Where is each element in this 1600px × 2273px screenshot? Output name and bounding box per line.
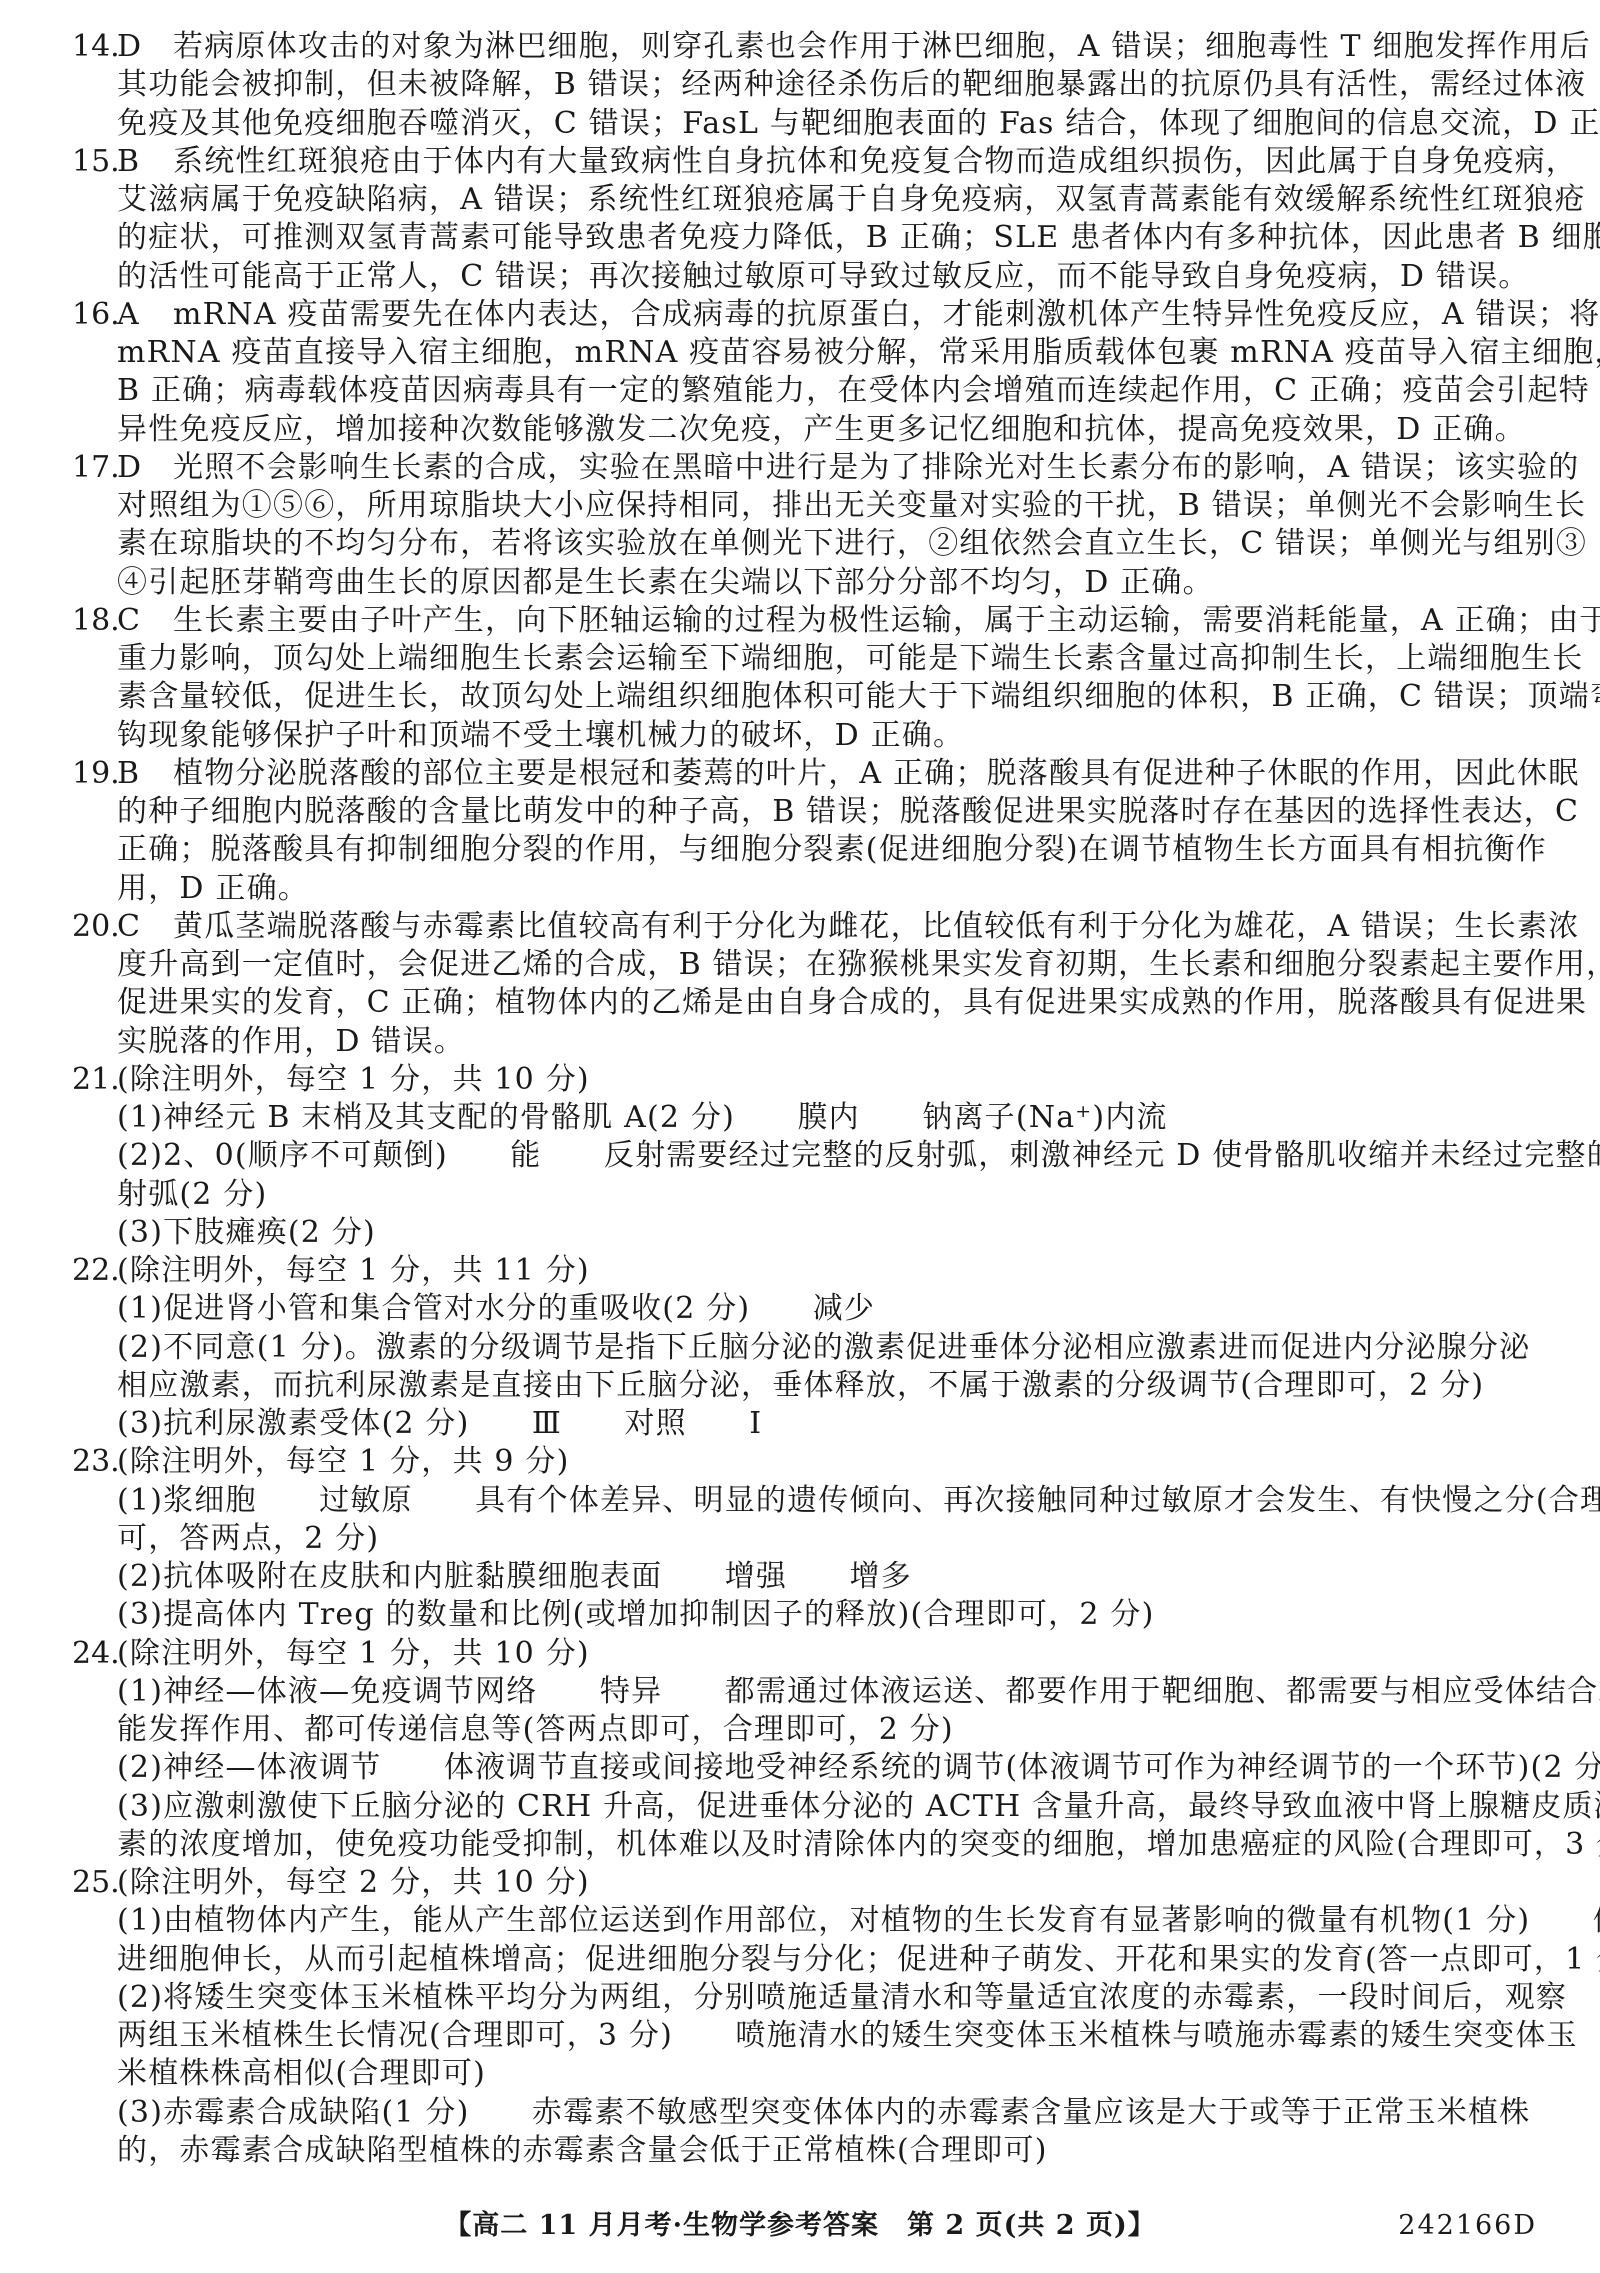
answer-line: 进细胞伸长，从而引起植株增高；促进细胞分裂与分化；促进种子萌发、开花和果实的发育… [72,1941,1577,1979]
answer-line: 对照组为①⑤⑥，所用琼脂块大小应保持相同，排出无关变量对实验的干扰，B 错误；单… [72,487,1577,525]
item-answer-letter: B [117,143,173,181]
answer-line: 度升高到一定值时，会促进乙烯的合成，B 错误；在猕猴桃果实发育初期，生长素和细胞… [72,946,1577,984]
answer-line: 重力影响，顶勾处上端细胞生长素会运输至下端细胞，可能是下端生长素含量过高抑制生长… [72,640,1577,678]
item-number: 18. [72,602,117,640]
answer-text: (3)抗利尿激素受体(2 分) Ⅲ 对照 Ⅰ [117,1406,762,1441]
answer-text: (1)由植物体内产生，能从产生部位运送到作用部位，对植物的生长发育有显著影响的微… [117,1903,1600,1938]
answer-text: (2)将矮生突变体玉米植株平均分为两组，分别喷施适量清水和等量适宜浓度的赤霉素，… [117,1980,1567,2015]
answer-text: (除注明外，每空 1 分，共 9 分) [117,1444,570,1479]
answer-text: 的症状，可推测双氢青蒿素可能导致患者免疫力降低，B 正确；SLE 患者体内有多种… [117,220,1600,255]
item-answer-letter: A [117,296,173,334]
answer-text: 系统性红斑狼疮由于体内有大量致病性自身抗体和免疫复合物而造成组织损伤，因此属于自… [173,144,1577,179]
answer-text: (3)下肢瘫痪(2 分) [117,1215,376,1250]
answer-line: (3)下肢瘫痪(2 分) [72,1214,1577,1252]
item-number: 25. [72,1864,117,1902]
answer-text: (除注明外，每空 1 分，共 10 分) [117,1636,590,1671]
answer-item-first-line: 21.(除注明外，每空 1 分，共 10 分) [72,1061,1577,1099]
document-page: { "colors": { "paper": "#ffffff", "ink":… [0,0,1600,2273]
answer-text: 的活性可能高于正常人，C 错误；再次接触过敏原可导致过敏反应，而不能导致自身免疫… [117,259,1529,294]
answer-line: (3)应激刺激使下丘脑分泌的 CRH 升高，促进垂体分泌的 ACTH 含量升高，… [72,1788,1577,1826]
answer-text: 度升高到一定值时，会促进乙烯的合成，B 错误；在猕猴桃果实发育初期，生长素和细胞… [117,947,1600,982]
answer-text: 进细胞伸长，从而引起植株增高；促进细胞分裂与分化；促进种子萌发、开花和果实的发育… [117,1942,1600,1977]
answer-line: (1)由植物体内产生，能从产生部位运送到作用部位，对植物的生长发育有显著影响的微… [72,1902,1577,1940]
answer-item-first-line: 20.C黄瓜茎端脱落酸与赤霉素比值较高有利于分化为雌花，比值较低有利于分化为雄花… [72,908,1577,946]
answer-item-first-line: 19.B植物分泌脱落酸的部位主要是根冠和萎蔫的叶片，A 正确；脱落酸具有促进种子… [72,755,1577,793]
item-number: 20. [72,908,117,946]
answer-line: (2)神经—体液调节 体液调节直接或间接地受神经系统的调节(体液调节可作为神经调… [72,1749,1577,1787]
item-answer-letter: C [117,908,173,946]
answer-line: 艾滋病属于免疫缺陷病，A 错误；系统性红斑狼疮属于自身免疫病，双氢青蒿素能有效缓… [72,181,1577,219]
item-number: 19. [72,755,117,793]
answer-text: (1)神经—体液—免疫调节网络 特异 都需通过体液运送、都要作用于靶细胞、都需要… [117,1674,1600,1709]
answer-line: (2)抗体吸附在皮肤和内脏黏膜细胞表面 增强 增多 [72,1558,1577,1596]
answer-text: 的种子细胞内脱落酸的含量比萌发中的种子高，B 错误；脱落酸促进果实脱落时存在基因… [117,794,1579,829]
answer-text: 其功能会被抑制，但未被降解，B 错误；经两种途径杀伤后的靶细胞暴露出的抗原仍具有… [117,67,1586,102]
answer-line: 免疫及其他免疫细胞吞噬消灭，C 错误；FasL 与靶细胞表面的 Fas 结合，体… [72,105,1577,143]
answer-line: 促进果实的发育，C 正确；植物体内的乙烯是由自身合成的，具有促进果实成熟的作用，… [72,984,1577,1022]
answer-line: ④引起胚芽鞘弯曲生长的原因都是生长素在尖端以下部分分部不均匀，D 正确。 [72,564,1577,602]
answers-list: 14.D若病原体攻击的对象为淋巴细胞，则穿孔素也会作用于淋巴细胞，A 错误；细胞… [72,28,1577,2170]
answer-text: 钩现象能够保护子叶和顶端不受土壤机械力的破坏，D 正确。 [117,718,964,753]
answer-text: 促进果实的发育，C 正确；植物体内的乙烯是由自身合成的，具有促进果实成熟的作用，… [117,985,1587,1020]
answer-text: 相应激素，而抗利尿激素是直接由下丘脑分泌，垂体释放，不属于激素的分级调节(合理即… [117,1368,1484,1403]
answer-line: mRNA 疫苗直接导入宿主细胞，mRNA 疫苗容易被分解，常采用脂质载体包裹 m… [72,334,1577,372]
answer-text: (3)赤霉素合成缺陷(1 分) 赤霉素不敏感型突变体体内的赤霉素含量应该是大于或… [117,2095,1530,2130]
answer-line: 素在琼脂块的不均匀分布，若将该实验放在单侧光下进行，②组依然会直立生长，C 错误… [72,525,1577,563]
answer-line: 实脱落的作用，D 错误。 [72,1023,1577,1061]
item-number: 16. [72,296,117,334]
item-number: 21. [72,1061,117,1099]
answer-text: (1)神经元 B 末梢及其支配的骨骼肌 A(2 分) 膜内 钠离子(Na⁺)内流 [117,1100,1168,1135]
answer-item-first-line: 24.(除注明外，每空 1 分，共 10 分) [72,1635,1577,1673]
item-number: 14. [72,28,117,66]
item-answer-letter: D [117,449,173,487]
answer-text: 实脱落的作用，D 错误。 [117,1024,465,1059]
answer-text: 素在琼脂块的不均匀分布，若将该实验放在单侧光下进行，②组依然会直立生长，C 错误… [117,526,1587,561]
answer-text: 重力影响，顶勾处上端细胞生长素会运输至下端细胞，可能是下端生长素含量过高抑制生长… [117,641,1583,676]
answer-line: 钩现象能够保护子叶和顶端不受土壤机械力的破坏，D 正确。 [72,717,1577,755]
answer-line: 的症状，可推测双氢青蒿素可能导致患者免疫力降低，B 正确；SLE 患者体内有多种… [72,219,1577,257]
answer-text: 生长素主要由子叶产生，向下胚轴运输的过程为极性运输，属于主动运输，需要消耗能量，… [173,603,1600,638]
answer-text: 艾滋病属于免疫缺陷病，A 错误；系统性红斑狼疮属于自身免疫病，双氢青蒿素能有效缓… [117,182,1586,217]
footer-code: 242166D [1398,2206,1537,2246]
footer-title: 【高二 11 月月考·生物学参考答案 第 2 页(共 2 页)】 [444,2210,1156,2241]
answer-text: (3)提高体内 Treg 的数量和比例(或增加抑制因子的释放)(合理即可，2 分… [117,1597,1155,1632]
answer-line: B 正确；病毒载体疫苗因病毒具有一定的繁殖能力，在受体内会增殖而连续起作用，C … [72,372,1577,410]
answer-item-first-line: 17.D光照不会影响生长素的合成，实验在黑暗中进行是为了排除光对生长素分布的影响… [72,449,1577,487]
answer-line: (3)提高体内 Treg 的数量和比例(或增加抑制因子的释放)(合理即可，2 分… [72,1596,1577,1634]
answer-text: (1)促进肾小管和集合管对水分的重吸收(2 分) 减少 [117,1291,875,1326]
answer-line: 正确；脱落酸具有抑制细胞分裂的作用，与细胞分裂素(促进细胞分裂)在调节植物生长方… [72,831,1577,869]
answer-item-first-line: 22.(除注明外，每空 1 分，共 11 分) [72,1252,1577,1290]
answer-text: 正确；脱落酸具有抑制细胞分裂的作用，与细胞分裂素(促进细胞分裂)在调节植物生长方… [117,832,1547,867]
answer-item-first-line: 14.D若病原体攻击的对象为淋巴细胞，则穿孔素也会作用于淋巴细胞，A 错误；细胞… [72,28,1577,66]
answer-line: 异性免疫反应，增加接种次数能够激发二次免疫，产生更多记忆细胞和抗体，提高免疫效果… [72,411,1577,449]
answer-line: 米植株株高相似(合理即可) [72,2055,1577,2093]
answer-text: 素的浓度增加，使免疫功能受抑制，机体难以及时清除体内的突变的细胞，增加患癌症的风… [117,1827,1600,1862]
answer-text: 可，答两点，2 分) [117,1521,379,1556]
answer-line: (3)抗利尿激素受体(2 分) Ⅲ 对照 Ⅰ [72,1405,1577,1443]
answer-line: 相应激素，而抗利尿激素是直接由下丘脑分泌，垂体释放，不属于激素的分级调节(合理即… [72,1367,1577,1405]
answer-line: 可，答两点，2 分) [72,1520,1577,1558]
answer-line: (2)2、0(顺序不可颠倒) 能 反射需要经过完整的反射弧，刺激神经元 D 使骨… [72,1137,1577,1175]
answer-item-first-line: 25.(除注明外，每空 2 分，共 10 分) [72,1864,1577,1902]
answer-text: 若病原体攻击的对象为淋巴细胞，则穿孔素也会作用于淋巴细胞，A 错误；细胞毒性 T… [173,29,1591,64]
answer-text: 用，D 正确。 [117,871,309,906]
item-number: 15. [72,143,117,181]
answer-text: 植物分泌脱落酸的部位主要是根冠和萎蔫的叶片，A 正确；脱落酸具有促进种子休眠的作… [173,756,1579,791]
answer-line: (1)促进肾小管和集合管对水分的重吸收(2 分) 减少 [72,1290,1577,1328]
answer-text: (3)应激刺激使下丘脑分泌的 CRH 升高，促进垂体分泌的 ACTH 含量升高，… [117,1789,1600,1824]
answer-text: mRNA 疫苗直接导入宿主细胞，mRNA 疫苗容易被分解，常采用脂质载体包裹 m… [117,335,1600,370]
answer-text: 两组玉米植株生长情况(合理即可，3 分) 喷施清水的矮生突变体玉米植株与喷施赤霉… [117,2018,1578,2053]
answer-text: 能发挥作用、都可传递信息等(答两点即可，合理即可，2 分) [117,1712,954,1747]
answer-line: (3)赤霉素合成缺陷(1 分) 赤霉素不敏感型突变体体内的赤霉素含量应该是大于或… [72,2094,1577,2132]
answer-text: (除注明外，每空 2 分，共 10 分) [117,1865,590,1900]
answer-text: (2)2、0(顺序不可颠倒) 能 反射需要经过完整的反射弧，刺激神经元 D 使骨… [117,1138,1600,1173]
answer-item-first-line: 23.(除注明外，每空 1 分，共 9 分) [72,1443,1577,1481]
answer-text: 素含量较低，促进生长，故顶勾处上端组织细胞体积可能大于下端组织细胞的体积，B 正… [117,679,1600,714]
item-number: 24. [72,1635,117,1673]
answer-line: 素含量较低，促进生长，故顶勾处上端组织细胞体积可能大于下端组织细胞的体积，B 正… [72,678,1577,716]
answer-text: 米植株株高相似(合理即可) [117,2056,486,2091]
answer-line: (1)浆细胞 过敏原 具有个体差异、明显的遗传倾向、再次接触同种过敏原才会发生、… [72,1482,1577,1520]
answer-line: 的活性可能高于正常人，C 错误；再次接触过敏原可导致过敏反应，而不能导致自身免疫… [72,258,1577,296]
answer-item-first-line: 16.AmRNA 疫苗需要先在体内表达，合成病毒的抗原蛋白，才能刺激机体产生特异… [72,296,1577,334]
answer-line: 用，D 正确。 [72,870,1577,908]
item-answer-letter: D [117,28,173,66]
answer-text: mRNA 疫苗需要先在体内表达，合成病毒的抗原蛋白，才能刺激机体产生特异性免疫反… [173,297,1600,332]
item-answer-letter: C [117,602,173,640]
answer-item-first-line: 18.C生长素主要由子叶产生，向下胚轴运输的过程为极性运输，属于主动运输，需要消… [72,602,1577,640]
answer-line: 的，赤霉素合成缺陷型植株的赤霉素含量会低于正常植株(合理即可) [72,2132,1577,2170]
page-footer: 【高二 11 月月考·生物学参考答案 第 2 页(共 2 页)】 242166D [0,2206,1600,2246]
answer-text: 黄瓜茎端脱落酸与赤霉素比值较高有利于分化为雌花，比值较低有利于分化为雄花，A 错… [173,909,1579,944]
answer-line: 能发挥作用、都可传递信息等(答两点即可，合理即可，2 分) [72,1711,1577,1749]
answer-text: (2)神经—体液调节 体液调节直接或间接地受神经系统的调节(体液调节可作为神经调… [117,1750,1600,1785]
answer-item-first-line: 15.B系统性红斑狼疮由于体内有大量致病性自身抗体和免疫复合物而造成组织损伤，因… [72,143,1577,181]
answer-text: 的，赤霉素合成缺陷型植株的赤霉素含量会低于正常植株(合理即可) [117,2133,1048,2168]
answer-line: (2)不同意(1 分)。激素的分级调节是指下丘脑分泌的激素促进垂体分泌相应激素进… [72,1329,1577,1367]
item-number: 23. [72,1443,117,1481]
answer-line: 素的浓度增加，使免疫功能受抑制，机体难以及时清除体内的突变的细胞，增加患癌症的风… [72,1826,1577,1864]
answer-text: 对照组为①⑤⑥，所用琼脂块大小应保持相同，排出无关变量对实验的干扰，B 错误；单… [117,488,1586,523]
answer-line: 其功能会被抑制，但未被降解，B 错误；经两种途径杀伤后的靶细胞暴露出的抗原仍具有… [72,66,1577,104]
answer-text: (除注明外，每空 1 分，共 11 分) [117,1253,590,1288]
answer-text: 免疫及其他免疫细胞吞噬消灭，C 错误；FasL 与靶细胞表面的 Fas 结合，体… [117,106,1600,141]
answer-line: 射弧(2 分) [72,1176,1577,1214]
answer-line: 两组玉米植株生长情况(合理即可，3 分) 喷施清水的矮生突变体玉米植株与喷施赤霉… [72,2017,1577,2055]
answer-text: 光照不会影响生长素的合成，实验在黑暗中进行是为了排除光对生长素分布的影响，A 错… [173,450,1579,485]
answer-text: (除注明外，每空 1 分，共 10 分) [117,1062,590,1097]
answer-text: (2)不同意(1 分)。激素的分级调节是指下丘脑分泌的激素促进垂体分泌相应激素进… [117,1330,1530,1365]
item-number: 22. [72,1252,117,1290]
answer-text: 射弧(2 分) [117,1177,267,1212]
answer-text: (1)浆细胞 过敏原 具有个体差异、明显的遗传倾向、再次接触同种过敏原才会发生、… [117,1483,1600,1518]
answer-text: B 正确；病毒载体疫苗因病毒具有一定的繁殖能力，在受体内会增殖而连续起作用，C … [117,373,1590,408]
answer-text: ④引起胚芽鞘弯曲生长的原因都是生长素在尖端以下部分分部不均匀，D 正确。 [117,565,1214,600]
answer-text: 异性免疫反应，增加接种次数能够激发二次免疫，产生更多记忆细胞和抗体，提高免疫效果… [117,412,1526,447]
answer-line: 的种子细胞内脱落酸的含量比萌发中的种子高，B 错误；脱落酸促进果实脱落时存在基因… [72,793,1577,831]
item-number: 17. [72,449,117,487]
answer-line: (1)神经—体液—免疫调节网络 特异 都需通过体液运送、都要作用于靶细胞、都需要… [72,1673,1577,1711]
answer-line: (1)神经元 B 末梢及其支配的骨骼肌 A(2 分) 膜内 钠离子(Na⁺)内流 [72,1099,1577,1137]
item-answer-letter: B [117,755,173,793]
answer-text: (2)抗体吸附在皮肤和内脏黏膜细胞表面 增强 增多 [117,1559,912,1594]
answer-line: (2)将矮生突变体玉米植株平均分为两组，分别喷施适量清水和等量适宜浓度的赤霉素，… [72,1979,1577,2017]
